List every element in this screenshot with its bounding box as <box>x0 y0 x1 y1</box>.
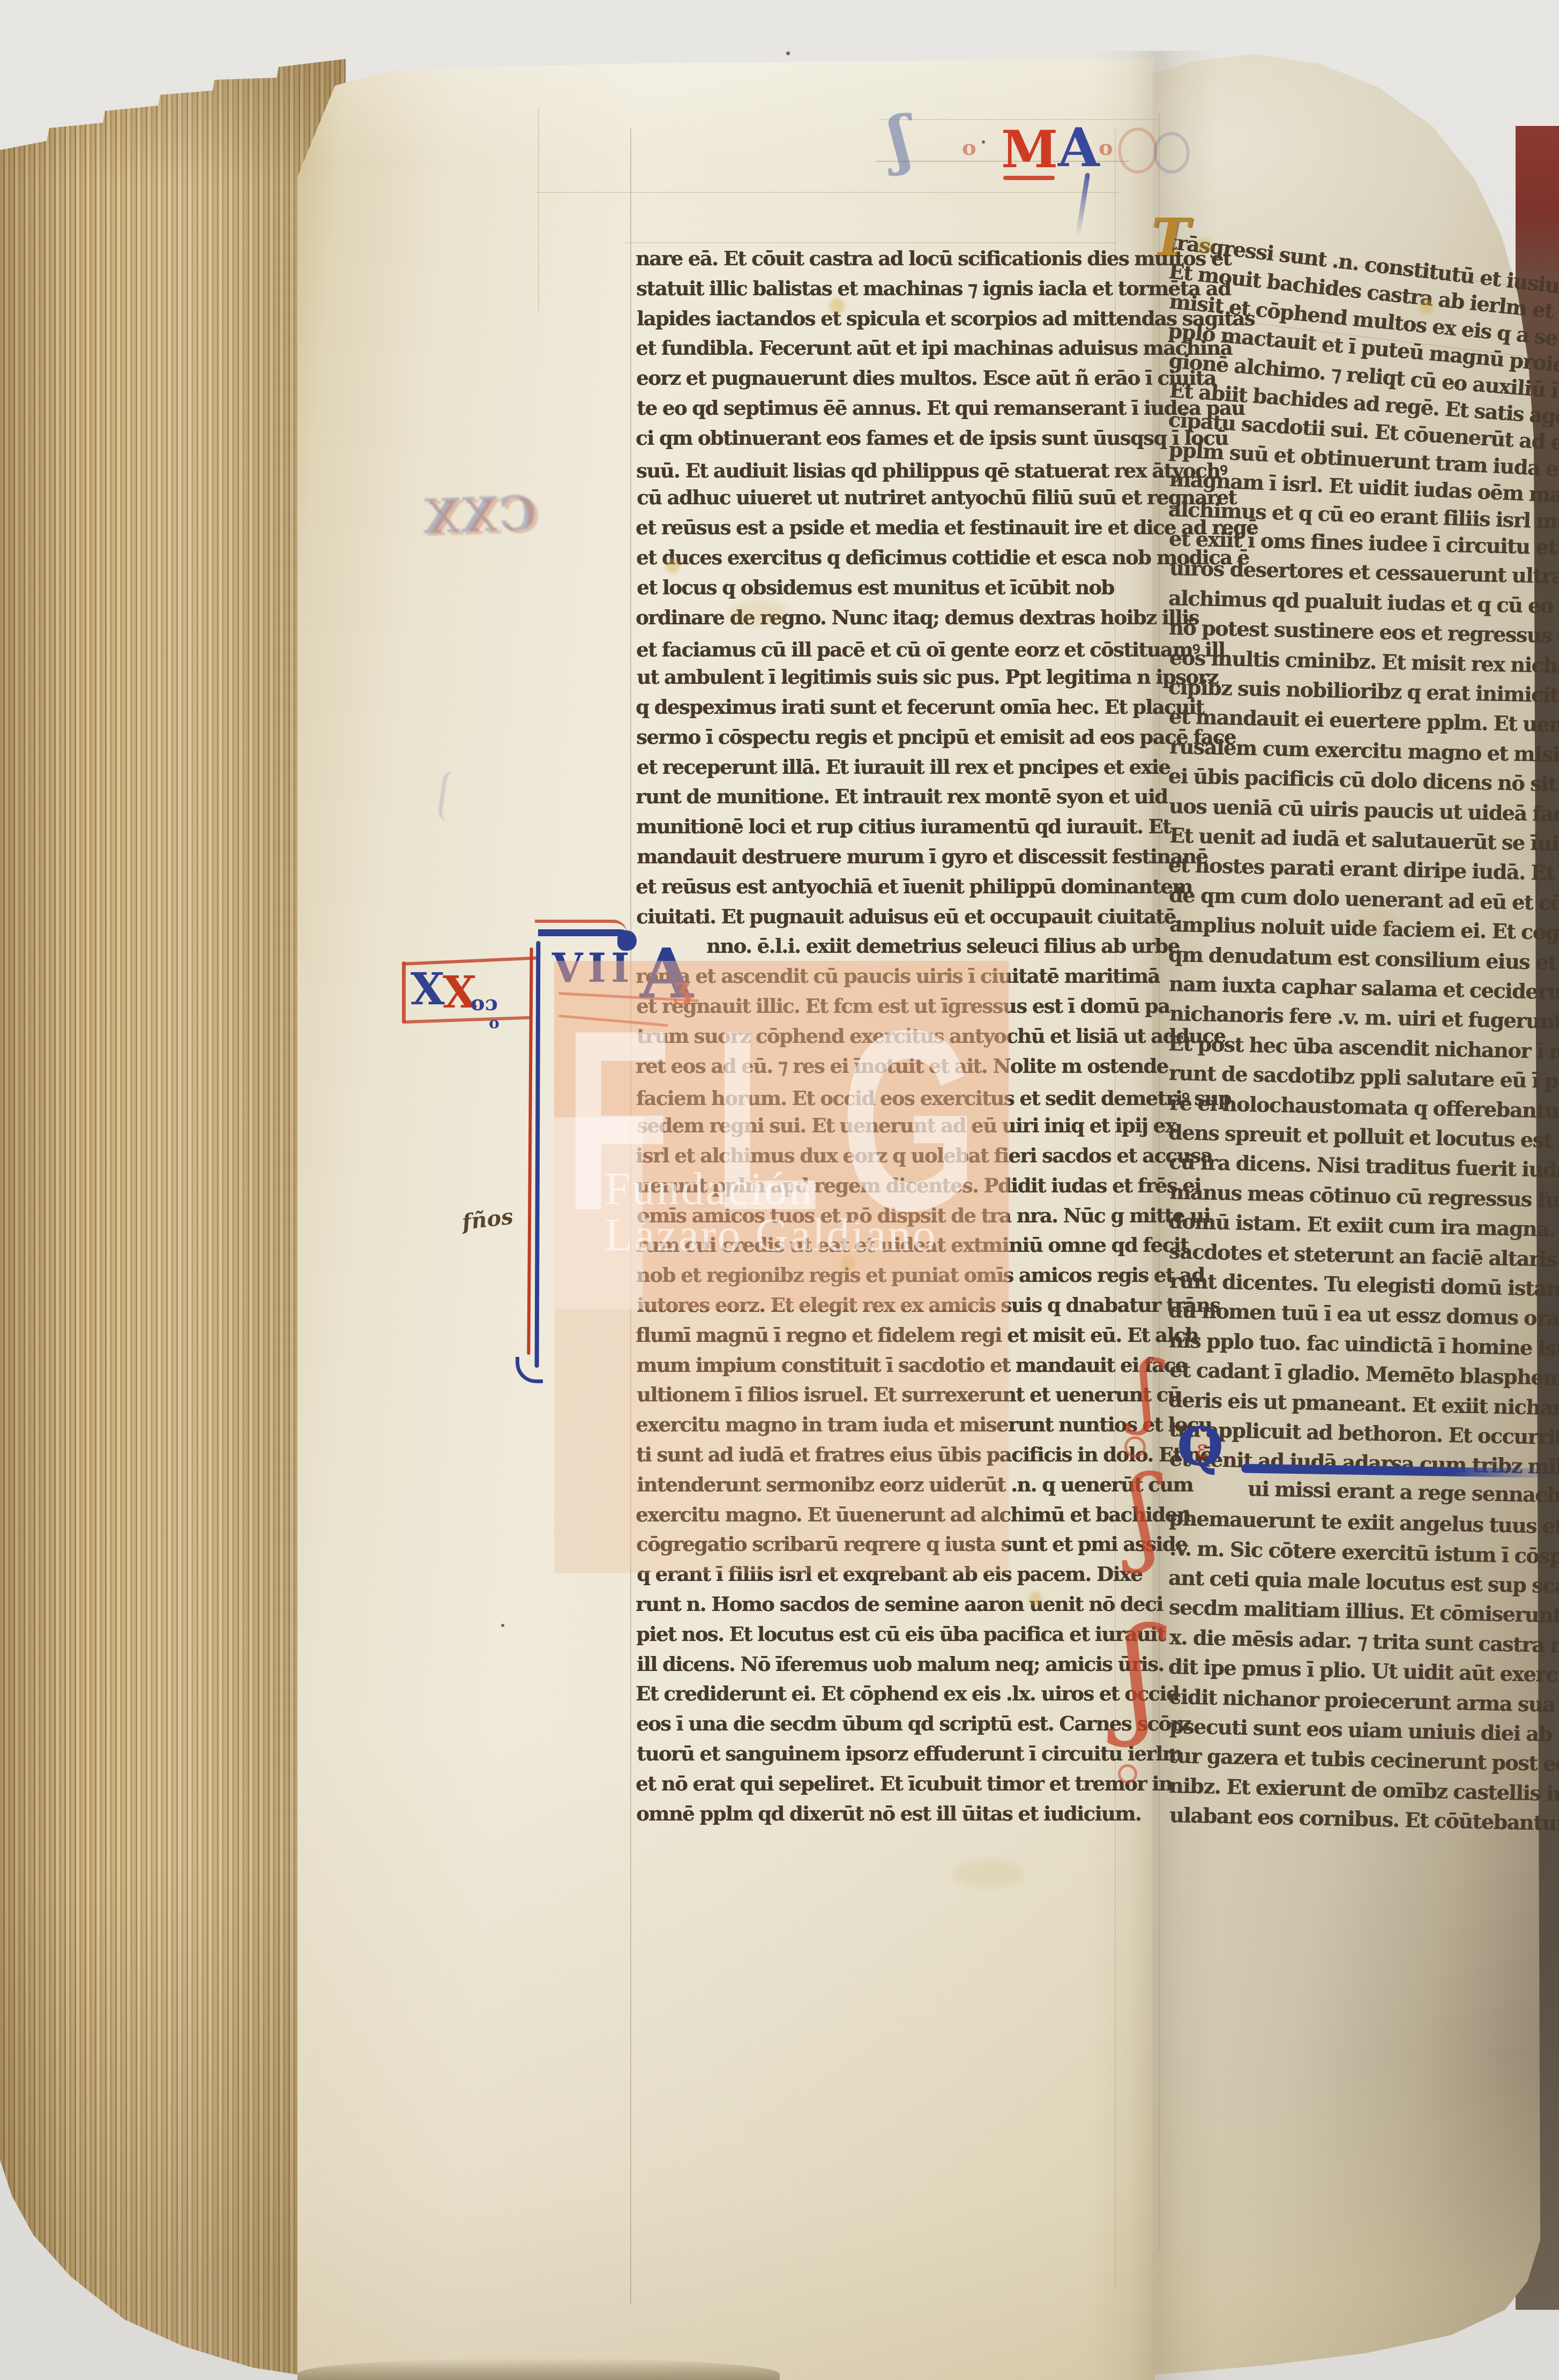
manuscript-text-line: et locus q obsidemus est munitus et īcūb… <box>637 576 1114 599</box>
manuscript-text-line: mum impium constituit ī sacdotio et mand… <box>636 1353 1187 1377</box>
header-bleedthrough-ring <box>1153 132 1190 174</box>
manuscript-text-line: lapides iactandos et spicula et scorpios… <box>637 307 1255 330</box>
ink-speck <box>786 51 790 55</box>
manuscript-text-line: q erant ī filiis isrl et exqrebant ab ei… <box>637 1562 1142 1586</box>
manuscript-text-line: flumī magnū ī regno et fidelem regi et m… <box>636 1323 1198 1347</box>
running-title-m-underline <box>1003 176 1055 180</box>
manuscript-text-line: ultionem ī filios isruel. Et surrexerunt… <box>637 1383 1181 1406</box>
manuscript-text-line: et duces exercitus q deficimus cottidie … <box>636 546 1249 569</box>
top-margin-ruling <box>536 192 1119 193</box>
header-red-dot: o <box>962 135 976 160</box>
ink-speck <box>982 140 985 144</box>
running-title-letter-a: A <box>1058 116 1100 179</box>
gold-touched-capital <box>830 298 845 314</box>
header-bleedthrough-ring <box>1118 128 1158 174</box>
initial-flourish-top-red-curve <box>535 920 627 940</box>
margin-ruling <box>538 107 539 311</box>
chapter-flourish-oo: oɔ <box>471 990 498 1016</box>
manuscript-text-line: te eo qd septimus ēē annus. Et qui reman… <box>637 396 1244 420</box>
manuscript-text-line: rum cui credis ut eat et uideat extminiū… <box>636 1233 1188 1257</box>
manuscript-text-line: sermo ī cōspectu regis et pncipū et emis… <box>636 725 1236 749</box>
manuscript-text-line: faciem horum. Et occid eos exercitus et … <box>636 1084 1231 1111</box>
gold-touched-capital <box>1029 1592 1042 1606</box>
manuscript-text-line: cōgregatio scribarū reqrere q iusta sunt… <box>636 1532 1187 1556</box>
chapter-flourish-o: o <box>489 1014 499 1033</box>
manuscript-text-line: cū adhuc uiueret ut nutriret antyochū fi… <box>637 486 1236 509</box>
chapter-red-bracket <box>402 961 406 1024</box>
manuscript-text-line: ut ambulent ī legitimis suis sic pus. Pp… <box>637 665 1218 689</box>
initial-a-red-filigree: ʒ <box>673 971 690 1006</box>
page-stack-fore-edge <box>0 46 346 2380</box>
ink-speck <box>501 1624 504 1627</box>
manuscript-text-line: sedem regni sui. Et uenerunt ad eū uiri … <box>637 1114 1176 1137</box>
manuscript-text-line: et receperunt illā. Et iurauit ill rex e… <box>637 755 1170 779</box>
manuscript-text-line: roma et ascendit cū paucis uiris ī ciuit… <box>636 964 1160 988</box>
manuscript-text-line: et reūsus est a pside et media et festin… <box>636 516 1258 539</box>
manuscript-text-line: ci qm obtinuerant eos fames et de ipsis … <box>636 426 1228 450</box>
manuscript-text-line: intenderunt sermonibz eorz uiderūt .n. q… <box>637 1473 1193 1496</box>
manuscript-text-line: exercitu magno in tram iuda et miserunt … <box>636 1413 1212 1436</box>
manuscript-text-line: et faciamus cū ill pacē et cū oī gente e… <box>636 635 1225 662</box>
column-ruling-left <box>630 129 631 2304</box>
manuscript-text-line: piet nos. Et locutus est cū eis ūba paci… <box>636 1622 1165 1646</box>
manuscript-text-line: et nō erat qui sepeliret. Et īcubuit tim… <box>636 1772 1172 1795</box>
manuscript-text-line: ill dicens. Nō īferemus uob malum neq; a… <box>637 1652 1164 1676</box>
manuscript-text-line: isrl et alchimus dux eorz q uolebat fier… <box>636 1144 1212 1167</box>
parchment-stain <box>954 1860 1024 1887</box>
manuscript-text-line: q despeximus irati sunt et fecerunt omīa… <box>636 695 1204 719</box>
header-red-dot: o <box>1099 135 1113 160</box>
initial-q-red-filigree: ɛ <box>1196 1435 1209 1463</box>
manuscript-text-line: ciuitati. Et pugnauit aduisus eū et occu… <box>636 905 1182 928</box>
manuscript-text-line: omnē pplm qd dixerūt nō est ill ūitas et… <box>636 1802 1141 1825</box>
gold-touched-capital <box>666 558 680 573</box>
margin-red-cadel: ʃ <box>1120 1599 1160 1750</box>
manuscript-text-line: trum suorz cōphend exercitus antyochū et… <box>637 1024 1225 1048</box>
manuscript-text-line: suū. Et audiuit lisias qd philippus qē s… <box>636 456 1227 483</box>
manuscript-text-line: eorz et pugnauerunt dies multos. Esce aū… <box>636 366 1216 390</box>
manuscript-text-line: uerunt pplm apd regem dicentes. Pdidit i… <box>636 1174 1201 1197</box>
bleedthrough-numeral-red-layer: CXX <box>425 487 541 547</box>
chapter-numeral-x-blue: X <box>411 964 445 1015</box>
manuscript-text-line: tuorū et sanguinem ipsorz effuderunt ī c… <box>637 1742 1182 1765</box>
top-margin-ruling <box>626 242 1116 243</box>
gold-touched-capital <box>841 1255 855 1270</box>
manuscript-text-line: omīs amicos tuos et nō dispsit de tra nr… <box>637 1204 1210 1227</box>
right-page-gold-flourish-initial: T <box>1151 207 1189 267</box>
manuscript-text-line: mandauit destruere murum ī gyro et disce… <box>637 845 1207 868</box>
parchment-stain <box>1356 911 1399 935</box>
gold-touched-capital <box>1197 238 1212 254</box>
manuscript-text-line: munitionē loci et rup citius iuramentū q… <box>636 815 1171 838</box>
cadel-curl <box>1118 1764 1137 1784</box>
gold-touched-capital <box>1419 299 1433 314</box>
manuscript-text-line: nob et regionibz regis et puniat omīs am… <box>636 1263 1204 1287</box>
manuscript-text-line: et regnauit illic. Et fcm est ut īgressu… <box>636 994 1169 1018</box>
manuscript-text-line: exercitu magno. Et ūuenerunt ad alchimū … <box>636 1503 1190 1526</box>
running-title-letter-m: M <box>1001 119 1058 180</box>
bleedthrough-numeral-cxx: CXX CXX <box>422 487 551 540</box>
manuscript-text-line: statuit illic balistas et machinas ⁊ ign… <box>636 277 1230 300</box>
manuscript-text-line: ret eos ad eū. ⁊ res ei īnotuit et ait. … <box>636 1054 1168 1078</box>
manuscript-text-line: et reūsus est antyochiā et īuenit philip… <box>636 875 1192 898</box>
initial-flourish-blue-blob <box>617 930 637 951</box>
cadel-curl <box>1124 1436 1146 1458</box>
manuscript-text-line: iutores eorz. Et elegit rex ex amicis su… <box>637 1293 1220 1317</box>
manuscript-text-line: runt n. Homo sacdos de semine aaron ueni… <box>636 1592 1162 1616</box>
manuscript-text-line: ordinare de regno. Nunc itaq; demus dext… <box>636 606 1199 629</box>
photograph-of-open-manuscript: ʃ o M A o CXX CXX nare eā. Et cōuit cast… <box>0 0 1559 2380</box>
manuscript-text-line: eos ī una die secdm ūbum qd scriptū est.… <box>636 1712 1191 1735</box>
manuscript-text-line: nno. ē.l.i. exiit demetrius seleuci fili… <box>706 934 1179 958</box>
manuscript-text-line: Et crediderunt ei. Et cōphend ex eis .lx… <box>636 1682 1179 1705</box>
manuscript-text-line: nare eā. Et cōuit castra ad locū scifica… <box>636 247 1231 270</box>
manuscript-text-line: runt de munitione. Et intrauit rex montē… <box>636 785 1167 808</box>
manuscript-text-line: et fundibla. Fecerunt aūt et ipi machina… <box>636 336 1232 360</box>
parchment-stain <box>729 600 788 626</box>
